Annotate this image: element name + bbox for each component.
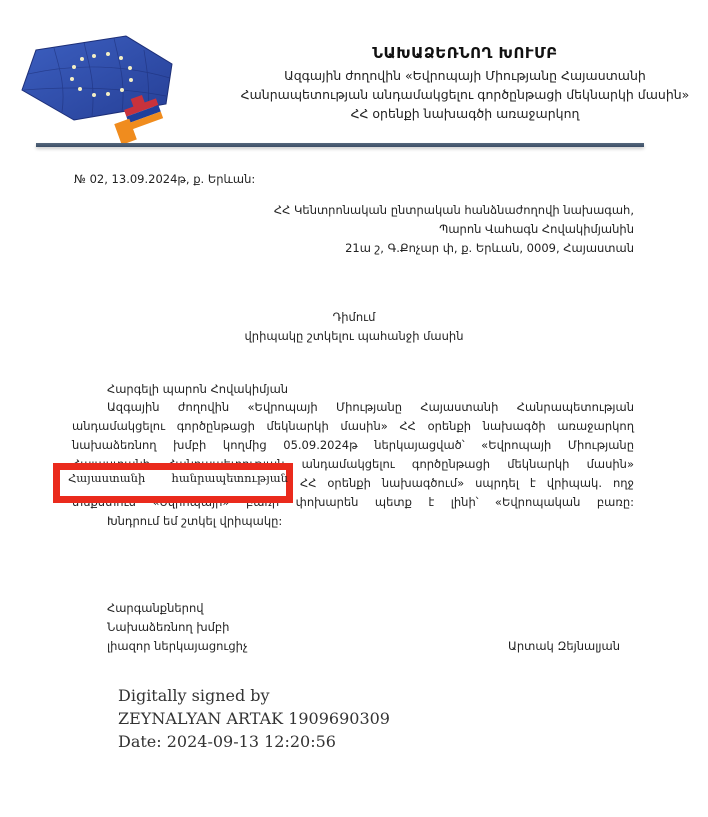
salutation: Հարգելի պարոն Հովակիմյան — [107, 382, 288, 396]
org-subtitle-line-1: Ազգային ժողովին «Եվրոպայի Միությանը Հայա… — [180, 68, 708, 83]
addressee-line-1: ՀՀ Կենտրոնական ընտրական հանձնաժողովի նախ… — [274, 203, 634, 217]
body-line-5: ՀՀ օրենքի նախագծում» սպրդել է վրիպակ. ող… — [300, 476, 634, 490]
subject-title: Դիմում — [0, 310, 708, 324]
document-reference: № 02, 13.09.2024թ, ք. Երևան: — [74, 172, 255, 186]
signer-name: Արտակ Զեյնալյան — [508, 639, 620, 653]
request-line: Խնդրում եմ շտկել վրիպակը: — [107, 514, 282, 528]
body-line-3: նախաձեռնող խմբի կողմից 05.09.2024թ ներկա… — [72, 438, 634, 452]
closing-line-3: լիազոր ներկայացուցիչ — [107, 639, 248, 653]
header-divider — [36, 143, 644, 147]
subject-subtitle: վրիպակը շտկելու պահանջի մասին — [0, 329, 708, 343]
addressee-line-3: 21ա շ, Գ.Քոչար փ, ք. Երևան, 0009, Հայաստ… — [345, 241, 634, 255]
org-title: ՆԱԽԱՁԵՌՆՈՂ ԽՈՒՄԲ — [200, 44, 708, 62]
digital-signature-line-1: Digitally signed by — [118, 686, 270, 705]
closing-line-2: Նախաձեռնող խմբի — [107, 620, 229, 634]
body-line-1: Ազգային ժողովին «Եվրոպայի Միությանը Հայա… — [107, 400, 634, 414]
highlighted-text: Հայաստանի հանրապետության — [68, 471, 288, 485]
org-subtitle-line-2: Հանրապետության անդամակցելու գործընթացի մ… — [180, 87, 708, 102]
highlighted-word-1: Հայաստանի — [68, 471, 145, 485]
eu-armenia-puzzle-logo — [14, 34, 194, 146]
digital-signature-line-2: ZEYNALYAN ARTAK 1909690309 — [118, 709, 390, 728]
highlighted-word-2: հանրապետության — [172, 471, 288, 485]
closing-line-1: Հարգանքներով — [107, 601, 204, 615]
digital-signature-line-3: Date: 2024-09-13 12:20:56 — [118, 732, 336, 751]
org-subtitle-line-3: ՀՀ օրենքի նախագծի առաջարկող — [180, 106, 708, 121]
addressee-line-2: Պարոն Վահագն Հովակիմյանին — [439, 222, 634, 236]
body-line-2: անդամակցելու գործընթացի մեկնարկի մասին» … — [72, 419, 634, 433]
